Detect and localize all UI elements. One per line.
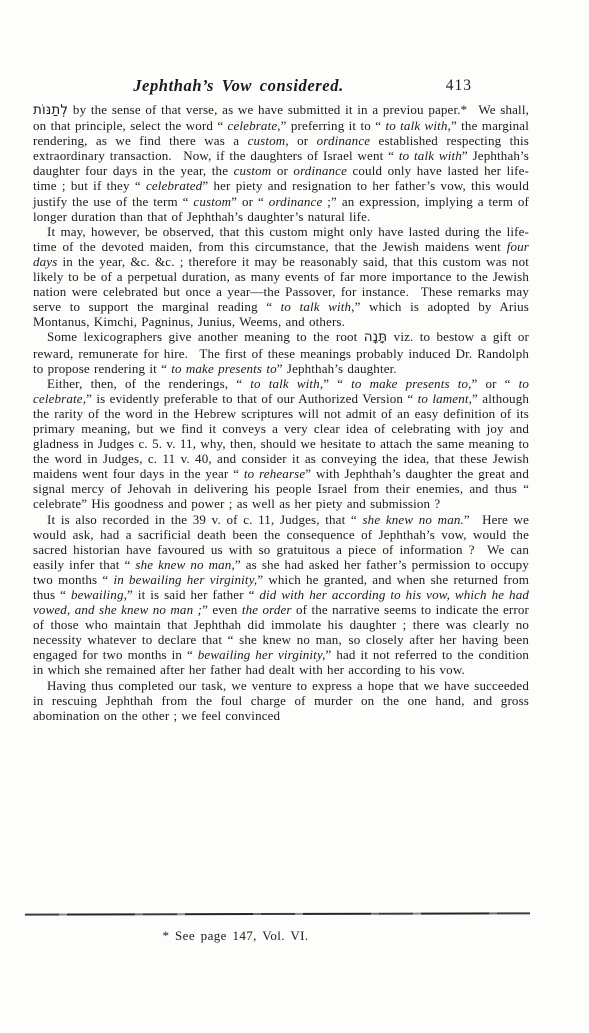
italic-text: ordinance	[269, 194, 323, 209]
italic-text: ordinance	[293, 163, 347, 178]
running-title: Jephthah’s Vow considered.	[33, 76, 444, 96]
page-header: Jephthah’s Vow considered. 413	[33, 76, 528, 98]
text-run: , or	[285, 133, 316, 148]
italic-text: to talk with	[281, 299, 352, 314]
text-run: ” even	[202, 602, 242, 617]
text-run: Either, then, of the renderings, “	[47, 376, 250, 391]
italic-text: to make presents to	[171, 361, 277, 376]
text-run: It may, however, be observed, that this …	[33, 224, 529, 254]
italic-text: to talk with	[399, 148, 462, 163]
text-run: Having thus completed our task, we ventu…	[33, 678, 529, 723]
page-number: 413	[446, 77, 472, 95]
italic-text: in bewailing her virginity,	[113, 572, 257, 587]
text-run: ,” preferring it to “	[277, 118, 385, 133]
italic-text: bewailing her virginity,	[198, 647, 326, 662]
scanned-page: Jephthah’s Vow considered. 413 לְתַנּוֹת…	[0, 0, 589, 1033]
italic-text: she knew no man.	[362, 512, 463, 527]
paragraph: Either, then, of the renderings, “ to ta…	[33, 376, 529, 512]
italic-text: bewailing,	[71, 587, 127, 602]
italic-text: celebrated	[146, 178, 202, 193]
text-run: ” it is said her father “	[127, 587, 259, 602]
hebrew-word: תָּנָה	[364, 329, 388, 345]
text-run: It is also recorded in the 39 v. of c. 1…	[47, 512, 362, 527]
italic-text: custom	[234, 163, 272, 178]
text-run: Some lexicographers give another meaning…	[47, 329, 364, 344]
italic-text: to talk with	[385, 118, 447, 133]
text-run: ” Jephthah’s daughter.	[277, 361, 397, 376]
paragraph: It is also recorded in the 39 v. of c. 1…	[33, 512, 529, 678]
italic-text: custom	[193, 194, 231, 209]
body-text: לְתַנּוֹת by the sense of that verse, as…	[33, 102, 529, 723]
text-run: or	[271, 163, 293, 178]
italic-text: to lament	[418, 391, 469, 406]
footnote-rule	[25, 912, 530, 915]
paragraph: It may, however, be observed, that this …	[33, 224, 529, 330]
italic-text: she knew no man,	[135, 557, 235, 572]
italic-text: the order	[242, 602, 292, 617]
text-run: ,” or “	[468, 376, 518, 391]
paragraph: Having thus completed our task, we ventu…	[33, 678, 529, 723]
italic-text: ordinance	[317, 133, 371, 148]
paragraph: Some lexicographers give another meaning…	[33, 329, 529, 375]
italic-text: celebrate	[228, 118, 278, 133]
paragraph: לְתַנּוֹת by the sense of that verse, as…	[33, 102, 529, 224]
text-run: ,” “	[320, 376, 351, 391]
italic-text: custom	[248, 133, 286, 148]
text-run: ,” is evidently preferable to that of ou…	[83, 391, 418, 406]
text-run: ” or “	[231, 194, 269, 209]
footnote-text: * See page 147, Vol. VI.	[33, 928, 528, 944]
italic-text: to make presents to	[351, 376, 468, 391]
hebrew-word: לְתַנּוֹת	[33, 102, 68, 118]
italic-text: to rehearse	[244, 466, 305, 481]
italic-text: to talk with	[250, 376, 320, 391]
